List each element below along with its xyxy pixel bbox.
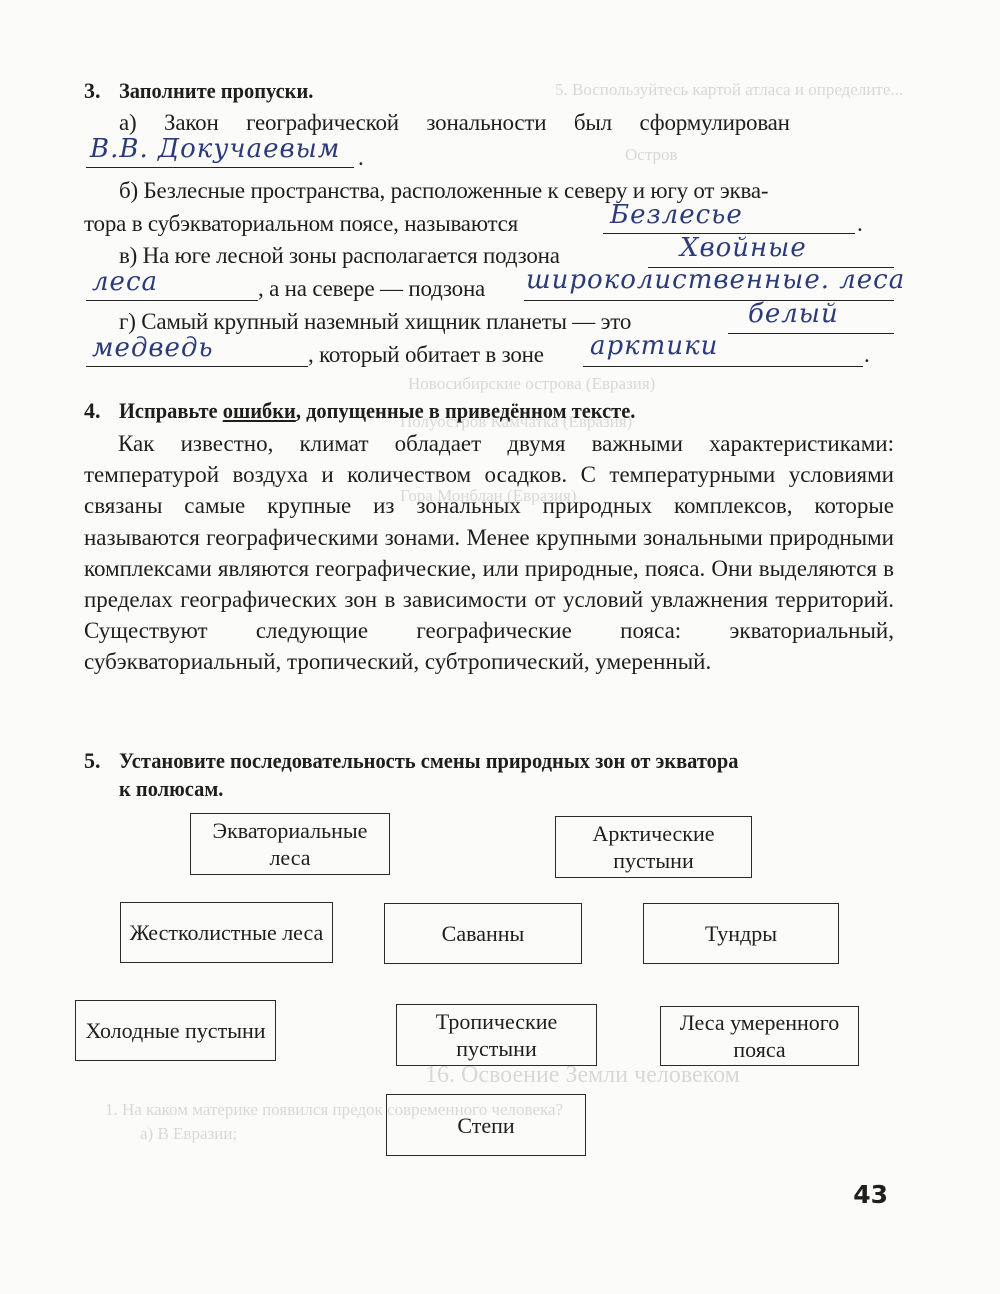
- task-title-underlined: ошибки: [223, 398, 296, 423]
- task3-b-line2: тора в субэкваториальном поясе, называют…: [84, 209, 518, 239]
- handwritten-answer: медведь: [92, 333, 214, 363]
- task-title-part: Исправьте: [119, 398, 223, 423]
- punctuation: .: [864, 340, 870, 370]
- zone-box-savannas[interactable]: Саванны: [384, 903, 582, 964]
- task-title: Заполните пропуски.: [119, 78, 313, 104]
- handwritten-answer: Безлесье: [610, 200, 743, 230]
- task-title: Исправьте ошибки, допущенные в приведённ…: [119, 398, 635, 424]
- zone-box-cold-deserts[interactable]: Холодные пустыни: [75, 1000, 276, 1061]
- handwritten-answer: арктики: [590, 331, 718, 361]
- bleed-text: Новосибирские острова (Евразия): [408, 374, 655, 394]
- handwritten-answer: В.В. Докучаевым: [90, 134, 340, 164]
- handwritten-answer: леса: [92, 267, 158, 297]
- bleed-text: 16. Освоение Земли человеком: [425, 1062, 740, 1089]
- handwritten-answer: широколиственные. леса: [526, 265, 905, 295]
- zone-box-tundras[interactable]: Тундры: [643, 903, 839, 964]
- workbook-page: 5. Воспользуйтесь картой атласа и опреде…: [0, 0, 1000, 1294]
- bleed-text: 5. Воспользуйтесь картой атласа и опреде…: [555, 80, 903, 100]
- handwritten-answer: белый: [748, 299, 839, 329]
- zone-box-equatorial-forests[interactable]: Экваториальные леса: [190, 813, 390, 875]
- zone-box-hard-leaved-forests[interactable]: Жестколистные леса: [120, 902, 333, 963]
- handwritten-answer: Хвойные: [680, 233, 807, 263]
- bleed-text: Остров: [625, 145, 678, 165]
- page-number: 43: [853, 1180, 888, 1209]
- task-number: 5.: [84, 748, 101, 774]
- punctuation: .: [358, 143, 364, 173]
- task3-v-line1: в) На юге лесной зоны располагается подз…: [119, 241, 560, 271]
- task-title-line1: Установите последовательность смены прир…: [119, 748, 739, 774]
- zone-box-steppes[interactable]: Степи: [386, 1094, 586, 1156]
- task-number: 3.: [84, 78, 101, 104]
- task3-v-middle: , а на севере — подзона: [258, 274, 485, 304]
- zone-box-tropical-deserts[interactable]: Тропические пустыни: [396, 1004, 597, 1066]
- zone-box-temperate-forests[interactable]: Леса умеренного пояса: [660, 1006, 859, 1066]
- task4-paragraph: Как известно, климат обладает двумя важн…: [84, 428, 894, 678]
- task-number: 4.: [84, 398, 101, 424]
- task-title-line2: к полюсам.: [119, 776, 223, 802]
- bleed-text: а) В Евразии;: [140, 1124, 237, 1144]
- zone-box-arctic-deserts[interactable]: Арктические пустыни: [555, 816, 752, 878]
- punctuation: .: [857, 209, 863, 239]
- task-title-part: , допущенные в приведённом тексте.: [296, 398, 636, 423]
- task3-g-middle: , который обитает в зоне: [308, 340, 544, 370]
